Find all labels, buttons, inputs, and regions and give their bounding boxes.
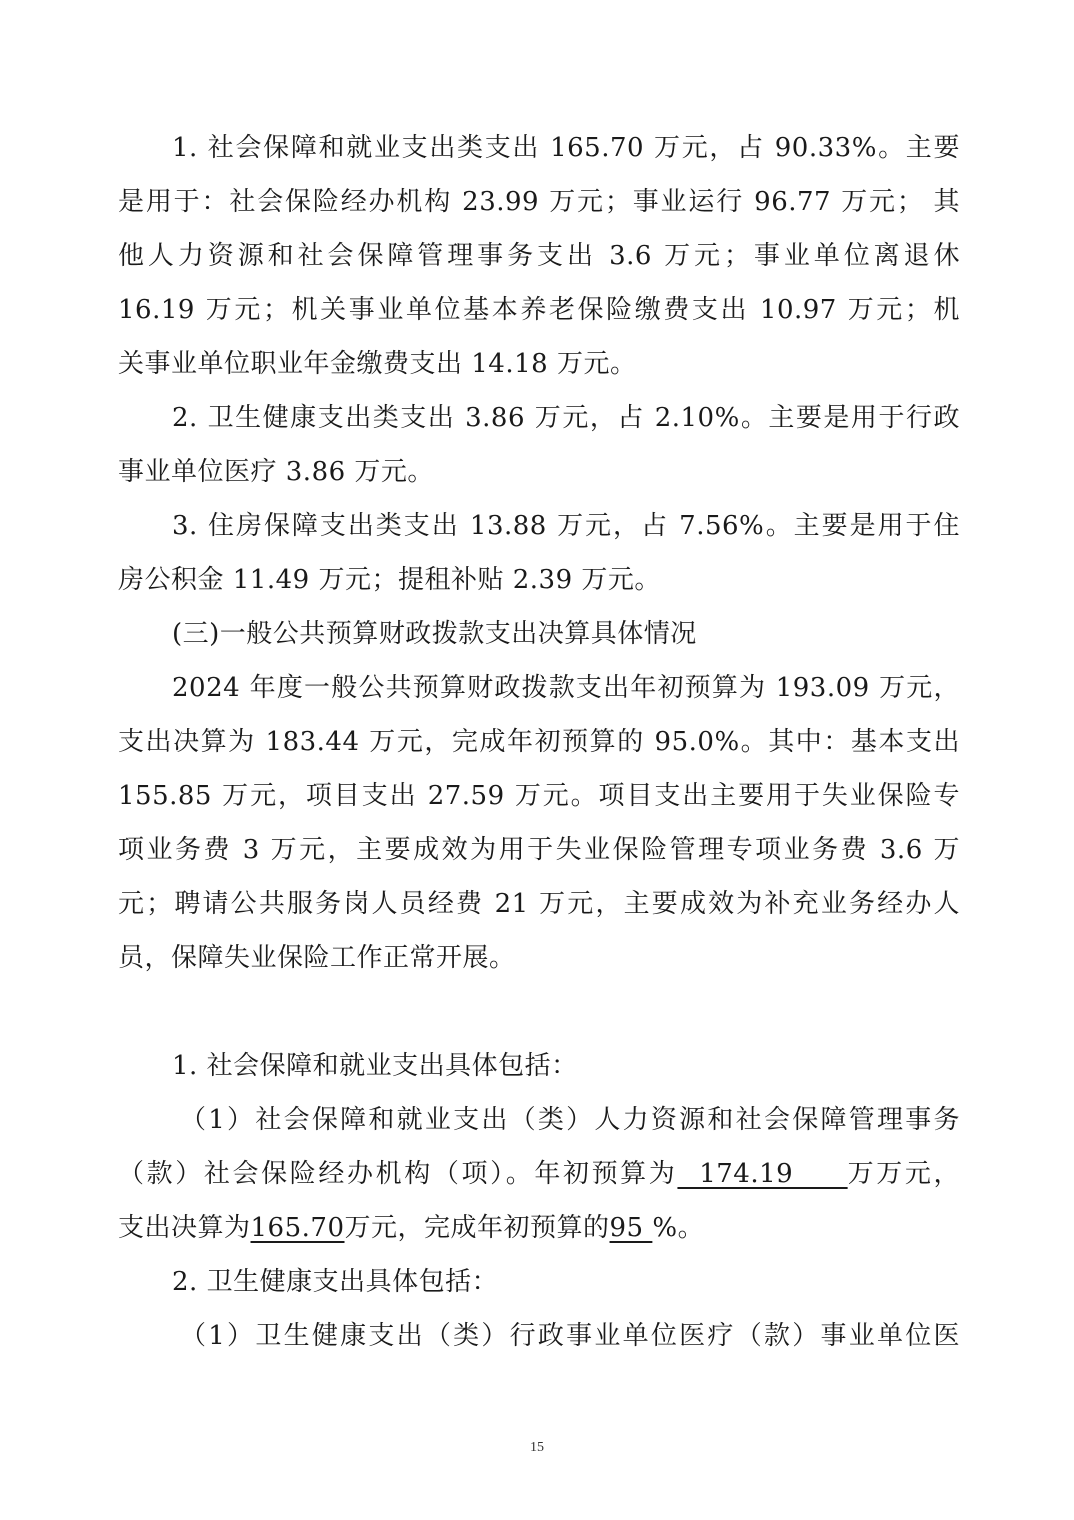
paragraph-line: 是用于：社会保险经办机构 23.99 万元；事业运行 96.77 万元； 其 — [118, 185, 960, 219]
paragraph-line: 3. 住房保障支出类支出 13.88 万元，占 7.56%。主要是用于住 — [172, 509, 960, 543]
paragraph-line: 支出决算为165.70万元，完成年初预算的95 %。 — [118, 1211, 960, 1245]
text-segment: 万万元， — [848, 1159, 960, 1189]
paragraph-line: 支出决算为 183.44 万元，完成年初预算的 95.0%。其中：基本支出 — [118, 725, 960, 759]
paragraph-line: 155.85 万元，项目支出 27.59 万元。项目支出主要用于失业保险专 — [118, 779, 960, 813]
paragraph-line: 员，保障失业保险工作正常开展。 — [118, 941, 960, 975]
text-segment: 支出决算为 — [118, 1213, 251, 1243]
paragraph-line: 关事业单位职业年金缴费支出 14.18 万元。 — [118, 347, 960, 381]
subsection-title: 1. 社会保障和就业支出具体包括： — [172, 1049, 960, 1083]
paragraph-line: 2024 年度一般公共预算财政拨款支出年初预算为 193.09 万元， — [172, 671, 960, 705]
paragraph-line: （款）社会保险经办机构（项）。年初预算为 174.19 万万元， — [118, 1157, 960, 1191]
text-segment: 万元，完成年初预算的 — [345, 1213, 610, 1243]
completion-percent: 95 — [610, 1213, 653, 1243]
paragraph-line: 房公积金 11.49 万元；提租补贴 2.39 万元。 — [118, 563, 960, 597]
text-segment: （款）社会保险经办机构（项）。年初预算为 — [118, 1159, 677, 1189]
paragraph-line: （1）卫生健康支出（类）行政事业单位医疗（款）事业单位医 — [180, 1319, 960, 1353]
paragraph-line: 1. 社会保障和就业支出类支出 165.70 万元，占 90.33%。主要 — [172, 131, 960, 165]
paragraph-line: 2. 卫生健康支出类支出 3.86 万元，占 2.10%。主要是用于行政 — [172, 401, 960, 435]
paragraph-line: 元；聘请公共服务岗人员经费 21 万元，主要成效为补充业务经办人 — [118, 887, 960, 921]
final-value: 165.70 — [251, 1213, 345, 1243]
document-page: 1. 社会保障和就业支出类支出 165.70 万元，占 90.33%。主要 是用… — [0, 0, 1074, 1520]
paragraph-line: 他人力资源和社会保障管理事务支出 3.6 万元；事业单位离退休 — [118, 239, 960, 273]
budget-value: 174.19 — [677, 1159, 847, 1189]
text-segment: %。 — [652, 1213, 704, 1243]
paragraph-line: 项业务费 3 万元，主要成效为用于失业保险管理专项业务费 3.6 万 — [118, 833, 960, 867]
section-heading: (三)一般公共预算财政拨款支出决算具体情况 — [172, 617, 960, 651]
subsection-title: 2. 卫生健康支出具体包括： — [172, 1265, 960, 1299]
page-number: 15 — [0, 1440, 1074, 1456]
paragraph-line: （1）社会保障和就业支出（类）人力资源和社会保障管理事务 — [180, 1103, 960, 1137]
paragraph-line: 16.19 万元；机关事业单位基本养老保险缴费支出 10.97 万元；机 — [118, 293, 960, 327]
paragraph-line: 事业单位医疗 3.86 万元。 — [118, 455, 960, 489]
